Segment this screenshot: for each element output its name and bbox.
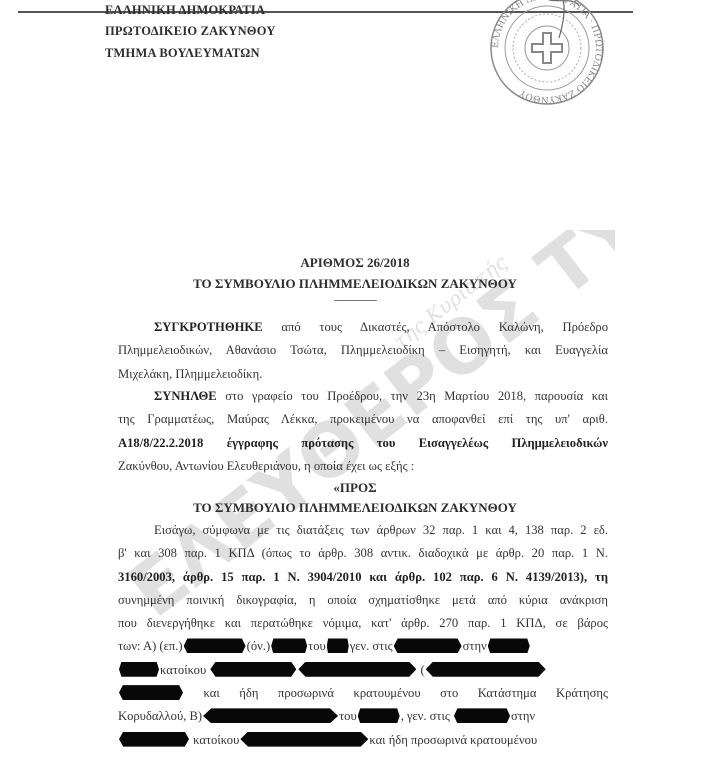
para-text: ( (421, 663, 425, 677)
meeting-lead: ΣΥΝΗΛΘΕ (154, 389, 217, 403)
para-text: της Γραμματέως, Μαύρας Λέκκα, προκειμένο… (118, 408, 608, 431)
header-department: ΤΜΗΜΑ ΒΟΥΛΕΥΜΑΤΩΝ (105, 46, 260, 61)
redaction-block (488, 638, 530, 653)
redaction-block (119, 662, 159, 677)
para-text: Πλημμελειοδικών, Αθανάσιο Τσώτα, Πλημμελ… (118, 339, 608, 362)
composition-lead: ΣΥΓΚΡΟΤΗΘΗΚΕ (154, 320, 263, 334)
redaction-block (184, 638, 246, 653)
official-seal-cross-icon: ΕΛΛΗΝΙΚΗ ΔΗΜΟΚΡΑΤΙΑ · ΠΡΩΤΟΔΙΚΕΙΟ ΖΑΚΥΝΘ… (487, 0, 607, 108)
council-title: ΤΟ ΣΥΜΒΟΥΛΙΟ ΠΛΗΜΜΕΛΕΙΟΔΙΚΩΝ ΖΑΚΥΝΘΟΥ (100, 276, 610, 292)
decision-number: ΑΡΙΘΜΟΣ 26/2018 (100, 255, 610, 271)
header-republic: ΕΛΛΗΝΙΚΗ ΔΗΜΟΚΡΑΤΙΑ (105, 3, 265, 18)
para-text: (όν.) (247, 639, 271, 653)
para-text: και ήδη προσωρινά κρατουμένου (369, 733, 537, 747)
document-page: ΕΛΛΗΝΙΚΗ ΔΗΜΟΚΡΑΤΙΑ ΠΡΩΤΟΔΙΚΕΙΟ ΖΑΚΥΝΘΟΥ… (0, 0, 709, 768)
redaction-block (240, 732, 368, 747)
council-heading-2: ΤΟ ΣΥΜΒΟΥΛΙΟ ΠΛΗΜΜΕΛΕΙΟΔΙΚΩΝ ΖΑΚΥΝΘΟΥ (100, 500, 610, 516)
redaction-block (119, 732, 189, 747)
redaction-block (203, 708, 338, 723)
para-text: , γεν. στις (401, 709, 450, 723)
redaction-block (394, 638, 462, 653)
para-text: και ήδη προσωρινά κρατουμένου στο Κατάστ… (204, 686, 608, 700)
para-text: στην (463, 639, 487, 653)
para-text: των: Α) (επ.) (118, 639, 183, 653)
composition-paragraph: ΣΥΓΚΡΟΤΗΘΗΚΕ από τους Δικαστές, Απόστολο… (118, 316, 608, 386)
para-text: που διενεργήθηκε και περατώθηκε νόμιμα, … (118, 612, 608, 635)
para-text: στο γραφείο του Προέδρου, την 23η Μαρτίο… (225, 389, 608, 403)
para-text: Ζακύνθου, Αντωνίου Ελευθεριάνου, η οποία… (118, 455, 608, 478)
para-text: κατοίκου (160, 663, 206, 677)
redaction-block (327, 638, 349, 653)
redaction-block (298, 662, 416, 677)
para-text: Α18/8/22.2.2018 έγγραφης πρότασης του Ει… (118, 432, 608, 455)
para-text: κατοίκου (193, 733, 239, 747)
para-text: Εισάγω, σύμφωνα με τις διατάξεις των άρθ… (118, 519, 608, 542)
para-text: από τους Δικαστές, Απόστολο Καλώνη, Πρόε… (281, 320, 608, 334)
meeting-paragraph: ΣΥΝΗΛΘΕ στο γραφείο του Προέδρου, την 23… (118, 385, 608, 478)
header-court: ΠΡΩΤΟΔΙΚΕΙΟ ΖΑΚΥΝΘΟΥ (105, 24, 276, 39)
para-text: 3160/2003, άρθρ. 15 παρ. 1 Ν. 3904/2010 … (118, 566, 608, 589)
para-text: Κορυδαλλού, Β) (118, 709, 202, 723)
para-text: Μιχελάκη, Πλημμελειοδίκη. (118, 363, 608, 386)
redaction-block (119, 685, 183, 700)
para-text: του (308, 639, 326, 653)
introduction-paragraph: Εισάγω, σύμφωνα με τις διατάξεις των άρθ… (118, 519, 608, 752)
para-text: στην (511, 709, 535, 723)
para-text: του (339, 709, 357, 723)
para-text: β' και 308 παρ. 1 ΚΠΔ (όπως το άρθρ. 308… (118, 542, 608, 565)
para-text: συνημμένη ποινική δικογραφία, η οποία σχ… (118, 589, 608, 612)
redaction-block (454, 708, 510, 723)
title-separator: ---------------- (100, 294, 610, 306)
redaction-block (271, 638, 307, 653)
redaction-block (426, 662, 546, 677)
redaction-block (358, 708, 400, 723)
pros-heading: «ΠΡΟΣ (100, 480, 610, 496)
para-text: γεν. στις (350, 639, 393, 653)
redaction-block (210, 662, 296, 677)
